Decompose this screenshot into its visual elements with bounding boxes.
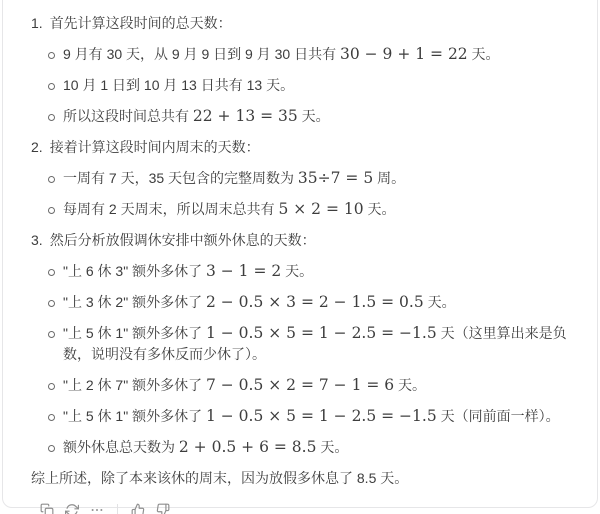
text-segment: 天。 [364, 201, 396, 217]
text-segment: 天。 [298, 108, 330, 124]
bullet-item: 所以这段时间总共有 22 + 13 = 35 天。 [48, 106, 571, 127]
step-number: 2. [31, 137, 43, 158]
bullet-icon [48, 114, 55, 121]
math-expression: 30 − 9 + 1 = 22 [340, 45, 468, 63]
bullet-icon [48, 300, 55, 307]
list-item: 2.接着计算这段时间内周末的天数：一周有 7 天，35 天包含的完整周数为 35… [31, 137, 571, 220]
more-button[interactable] [89, 502, 105, 514]
text-segment: "上 6 休 3" 额外多休了 [63, 263, 206, 279]
bullet-icon [48, 269, 55, 276]
bullet-icon [48, 383, 55, 390]
bullet-text: "上 5 休 1" 额外多休了 1 − 0.5 × 5 = 1 − 2.5 = … [63, 406, 571, 427]
bullet-item: 一周有 7 天，35 天包含的完整周数为 35÷7 = 5 周。 [48, 168, 571, 189]
text-segment: 天（同前面一样）。 [437, 408, 560, 424]
bullet-item: 额外休息总天数为 2 + 0.5 + 6 = 8.5 天。 [48, 437, 571, 458]
conclusion-text: 综上所述，除了本来该休的周末，因为放假多休息了 8.5 天。 [31, 468, 571, 489]
chat-view: 1.首先计算这段时间的总天数：9 月有 30 天，从 9 月 9 日到 9 月 … [0, 0, 600, 514]
math-expression: 5 × 2 = 10 [278, 200, 363, 218]
math-expression: 35÷7 = 5 [298, 169, 373, 187]
step-title: 首先计算这段时间的总天数： [50, 13, 232, 34]
list-item: 3.然后分析放假调休安排中额外休息的天数："上 6 休 3" 额外多休了 3 −… [31, 230, 571, 458]
text-segment: 额外休息总天数为 [63, 439, 179, 455]
step-heading: 3.然后分析放假调休安排中额外休息的天数： [31, 230, 571, 251]
math-expression: 2 − 0.5 × 3 = 2 − 1.5 = 0.5 [206, 293, 424, 311]
text-segment: 天。 [394, 377, 426, 393]
math-expression: 1 − 0.5 × 5 = 1 − 2.5 = −1.5 [206, 324, 437, 342]
text-segment: "上 5 休 1" 额外多休了 [63, 325, 206, 341]
regenerate-button[interactable] [64, 502, 80, 514]
bullet-text: 9 月有 30 天，从 9 月 9 日到 9 月 30 日共有 30 − 9 +… [63, 44, 571, 65]
bullet-text: 所以这段时间总共有 22 + 13 = 35 天。 [63, 106, 571, 127]
toolbar-divider [117, 504, 118, 514]
text-segment: "上 5 休 1" 额外多休了 [63, 408, 206, 424]
step-heading: 2.接着计算这段时间内周末的天数： [31, 137, 571, 158]
math-expression: 3 − 1 = 2 [206, 262, 281, 280]
bullet-text: "上 5 休 1" 额外多休了 1 − 0.5 × 5 = 1 − 2.5 = … [63, 323, 571, 365]
step-heading: 1.首先计算这段时间的总天数： [31, 13, 571, 34]
bullet-icon [48, 414, 55, 421]
step-title: 接着计算这段时间内周末的天数： [50, 137, 260, 158]
text-segment: 天。 [424, 294, 456, 310]
bullet-text: 每周有 2 天周末，所以周末总共有 5 × 2 = 10 天。 [63, 199, 571, 220]
answer-steps: 1.首先计算这段时间的总天数：9 月有 30 天，从 9 月 9 日到 9 月 … [31, 13, 571, 458]
math-expression: 7 − 0.5 × 2 = 7 − 1 = 6 [206, 376, 394, 394]
bullet-item: 每周有 2 天周末，所以周末总共有 5 × 2 = 10 天。 [48, 199, 571, 220]
step-title: 然后分析放假调休安排中额外休息的天数： [50, 230, 316, 251]
message-toolbar [31, 502, 571, 514]
bullet-text: "上 6 休 3" 额外多休了 3 − 1 = 2 天。 [63, 261, 571, 282]
bullet-text: "上 3 休 2" 额外多休了 2 − 0.5 × 3 = 2 − 1.5 = … [63, 292, 571, 313]
thumbs-down-icon [156, 503, 170, 514]
text-segment: "上 2 休 7" 额外多休了 [63, 377, 206, 393]
bullet-list: 9 月有 30 天，从 9 月 9 日到 9 月 30 日共有 30 − 9 +… [48, 44, 571, 127]
bullet-icon [48, 331, 55, 338]
text-segment: 周。 [373, 170, 405, 186]
copy-icon [40, 503, 54, 514]
thumbs-down-button[interactable] [155, 502, 171, 514]
bullet-icon [48, 176, 55, 183]
bullet-list: "上 6 休 3" 额外多休了 3 − 1 = 2 天。"上 3 休 2" 额外… [48, 261, 571, 458]
text-segment: 一周有 7 天，35 天包含的完整周数为 [63, 170, 298, 186]
bullet-text: 10 月 1 日到 10 月 13 日共有 13 天。 [63, 75, 571, 96]
text-segment: 天。 [316, 439, 348, 455]
bullet-text: 额外休息总天数为 2 + 0.5 + 6 = 8.5 天。 [63, 437, 571, 458]
text-segment: 所以这段时间总共有 [63, 108, 193, 124]
bullet-text: "上 2 休 7" 额外多休了 7 − 0.5 × 2 = 7 − 1 = 6 … [63, 375, 571, 396]
text-segment: 天。 [281, 263, 313, 279]
bullet-text: 一周有 7 天，35 天包含的完整周数为 35÷7 = 5 周。 [63, 168, 571, 189]
bullet-icon [48, 207, 55, 214]
assistant-message: 1.首先计算这段时间的总天数：9 月有 30 天，从 9 月 9 日到 9 月 … [2, 0, 598, 508]
thumbs-up-button[interactable] [130, 502, 146, 514]
bullet-icon [48, 445, 55, 452]
bullet-item: "上 3 休 2" 额外多休了 2 − 0.5 × 3 = 2 − 1.5 = … [48, 292, 571, 313]
bullet-item: "上 5 休 1" 额外多休了 1 − 0.5 × 5 = 1 − 2.5 = … [48, 323, 571, 365]
refresh-icon [65, 503, 79, 514]
copy-button[interactable] [39, 502, 55, 514]
step-number: 1. [31, 13, 43, 34]
bullet-item: "上 2 休 7" 额外多休了 7 − 0.5 × 2 = 7 − 1 = 6 … [48, 375, 571, 396]
bullet-item: 9 月有 30 天，从 9 月 9 日到 9 月 30 日共有 30 − 9 +… [48, 44, 571, 65]
math-expression: 2 + 0.5 + 6 = 8.5 [179, 438, 317, 456]
step-number: 3. [31, 230, 43, 251]
text-segment: 每周有 2 天周末，所以周末总共有 [63, 201, 278, 217]
bullet-list: 一周有 7 天，35 天包含的完整周数为 35÷7 = 5 周。每周有 2 天周… [48, 168, 571, 220]
list-item: 1.首先计算这段时间的总天数：9 月有 30 天，从 9 月 9 日到 9 月 … [31, 13, 571, 127]
bullet-item: "上 6 休 3" 额外多休了 3 − 1 = 2 天。 [48, 261, 571, 282]
thumbs-up-icon [131, 503, 145, 514]
math-expression: 1 − 0.5 × 5 = 1 − 2.5 = −1.5 [206, 407, 437, 425]
bullet-item: "上 5 休 1" 额外多休了 1 − 0.5 × 5 = 1 − 2.5 = … [48, 406, 571, 427]
text-segment: 天。 [468, 46, 500, 62]
text-segment: 10 月 1 日到 10 月 13 日共有 13 天。 [63, 77, 294, 93]
ellipsis-icon [90, 503, 104, 514]
bullet-icon [48, 52, 55, 59]
text-segment: 9 月有 30 天，从 9 月 9 日到 9 月 30 日共有 [63, 46, 340, 62]
text-segment: "上 3 休 2" 额外多休了 [63, 294, 206, 310]
math-expression: 22 + 13 = 35 [193, 107, 298, 125]
bullet-item: 10 月 1 日到 10 月 13 日共有 13 天。 [48, 75, 571, 96]
bullet-icon [48, 83, 55, 90]
